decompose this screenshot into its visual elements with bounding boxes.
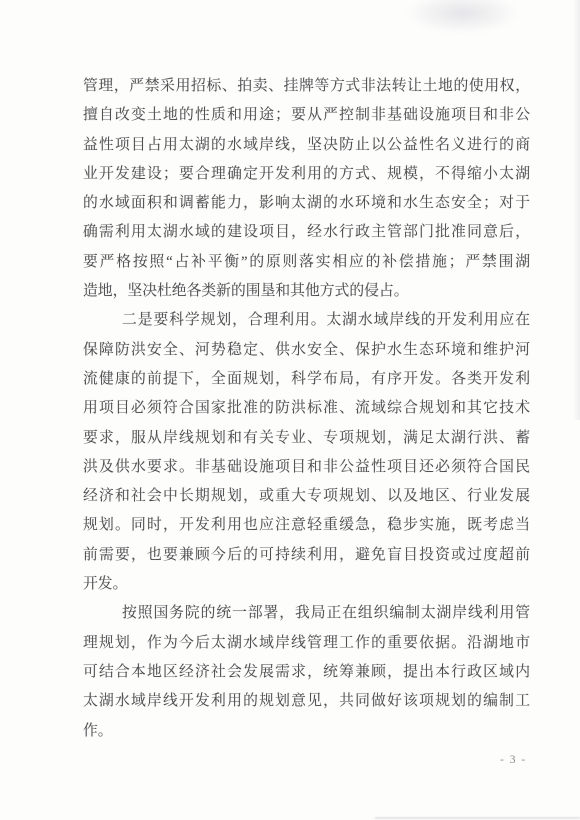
body-text: 管理，严禁采用招标、拍卖、挂牌等方式非法转让土地的使用权， 擅自改变土地的性质和… (83, 72, 530, 746)
text-line: 可结合本地区经济社会发展需求，统筹兼顾，提出本行政区域内 (83, 658, 530, 687)
text-line: 开发。 (83, 570, 530, 599)
text-line: 保障防洪安全、河势稳定、供水安全、保护水生态环境和维护河 (83, 336, 530, 365)
text-line: 要求，服从岸线规划和有关专业、专项规划，满足太湖行洪、蓄 (83, 424, 530, 453)
text-line: 的水域面积和调蓄能力，影响太湖的水环境和水生态安全；对于 (83, 189, 530, 218)
text-line: 作。 (83, 717, 530, 746)
page-number: - 3 - (500, 754, 527, 766)
text-line: 擅自改变土地的性质和用途；要从严控制非基础设施项目和非公 (83, 101, 530, 130)
paragraph-1: 管理，严禁采用招标、拍卖、挂牌等方式非法转让土地的使用权， 擅自改变土地的性质和… (83, 72, 530, 306)
text-line: 按照国务院的统一部署，我局正在组织编制太湖岸线利用管 (83, 599, 530, 628)
text-line: 业开发建设；要合理确定开发利用的方式、规模，不得缩小太湖 (83, 160, 530, 189)
scan-edge-shadow-right (573, 0, 580, 420)
text-line: 二是要科学规划，合理利用。太湖水域岸线的开发利用应在 (83, 306, 530, 335)
text-line: 前需要，也要兼顾今后的可持续利用，避免盲目投资或过度超前 (83, 541, 530, 570)
text-line: 洪及供水要求。非基础设施项目和非公益性项目还必须符合国民 (83, 453, 530, 482)
text-line: 规划。同时，开发利用也应注意轻重缓急，稳步实施，既考虑当 (83, 511, 530, 540)
text-line: 要严格按照“占补平衡”的原则落实相应的补偿措施；严禁围湖 (83, 248, 530, 277)
scan-edge-shadow-bottom (375, 817, 580, 819)
text-line: 确需利用太湖水域的建设项目，经水行政主管部门批准同意后， (83, 218, 530, 247)
text-line: 管理，严禁采用招标、拍卖、挂牌等方式非法转让土地的使用权， (83, 72, 530, 101)
text-line: 理规划，作为今后太湖水域岸线管理工作的重要依据。沿湖地市 (83, 629, 530, 658)
text-line: 用项目必须符合国家批准的防洪标准、流域综合规划和其它技术 (83, 394, 530, 423)
text-line: 太湖水域岸线开发利用的规划意见，共同做好该项规划的编制工 (83, 687, 530, 716)
text-line: 益性项目占用太湖的水域岸线，坚决防止以公益性名义进行的商 (83, 131, 530, 160)
text-line: 流健康的前提下，全面规划，科学布局，有序开发。各类开发利 (83, 365, 530, 394)
text-line: 经济和社会中长期规划，或重大专项规划、以及地区、行业发展 (83, 482, 530, 511)
document-page: 管理，严禁采用招标、拍卖、挂牌等方式非法转让土地的使用权， 擅自改变土地的性质和… (0, 0, 580, 820)
text-line: 造地，坚决杜绝各类新的围垦和其他方式的侵占。 (83, 277, 530, 306)
scan-smudge (405, 0, 520, 34)
paragraph-2: 二是要科学规划，合理利用。太湖水域岸线的开发利用应在 保障防洪安全、河势稳定、供… (83, 306, 530, 599)
paragraph-3: 按照国务院的统一部署，我局正在组织编制太湖岸线利用管 理规划，作为今后太湖水域岸… (83, 599, 530, 745)
